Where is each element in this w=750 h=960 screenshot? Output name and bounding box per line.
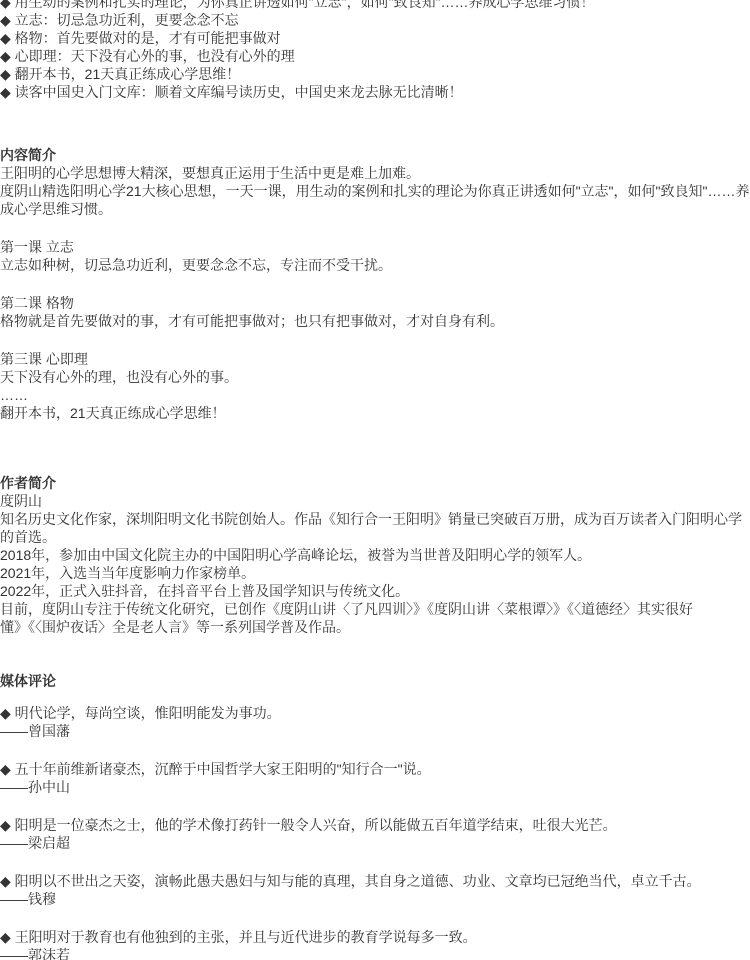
text-line: ◆ 立志：切忌急功近利，更要念念不忘 bbox=[0, 11, 750, 29]
media-quote-2-attribution: ——孙中山 bbox=[0, 778, 750, 796]
author-intro-heading: 作者简介 bbox=[0, 474, 750, 492]
media-quote-4-attribution: ——钱穆 bbox=[0, 890, 750, 908]
media-quote-1: ◆ 明代论学，每尚空谈，惟阳明能发为事功。 ——曾国藩 bbox=[0, 704, 750, 740]
text-line: ◆ 心即理：天下没有心外的事，也没有心外的理 bbox=[0, 47, 750, 65]
text-line: 2021年，入选当当年度影响力作家榜单。 bbox=[0, 564, 750, 582]
text-line: 王阳明的心学思想博大精深，要想真正运用于生活中更是难上加难。 bbox=[0, 164, 750, 182]
text-line: 目前，度阴山专注于传统文化研究，已创作《度阴山讲〈了凡四训〉》《度阴山讲〈菜根谭… bbox=[0, 600, 750, 618]
content-intro-text: 王阳明的心学思想博大精深，要想真正运用于生活中更是难上加难。度阴山精选阳明心学2… bbox=[0, 164, 750, 218]
media-quote-2: ◆ 五十年前维新诸豪杰，沉醉于中国哲学大家王阳明的"知行合一"说。 ——孙中山 bbox=[0, 760, 750, 796]
text-line: 格物就是首先要做对的事，才有可能把事做对；也只有把事做对，才对自身有利。 bbox=[0, 312, 750, 330]
media-quote-4-text: ◆ 阳明以不世出之天姿，演畅此愚夫愚妇与知与能的真理，其自身之道德、功业、文章均… bbox=[0, 872, 750, 890]
lesson-3-text: 天下没有心外的理，也没有心外的事。……翻开本书，21天真正练成心学思维！ bbox=[0, 368, 750, 422]
lesson-2-title: 第二课 格物 bbox=[0, 294, 750, 312]
text-line: 度阴山精选阳明心学21大核心思想，一天一课，用生动的案例和扎实的理论为你真正讲透… bbox=[0, 182, 750, 200]
text-line: ◆ 格物：首先要做对的是，才有可能把事做对 bbox=[0, 29, 750, 47]
text-line: 成心学思维习惯。 bbox=[0, 200, 750, 218]
lesson-3-block: 第三课 心即理 天下没有心外的理，也没有心外的事。……翻开本书，21天真正练成心… bbox=[0, 350, 750, 422]
text-line: 立志如种树，切忌急功近利，更要念念不忘，专注而不受干扰。 bbox=[0, 256, 750, 274]
lesson-1-text: 立志如种树，切忌急功近利，更要念念不忘，专注而不受干扰。 bbox=[0, 256, 750, 274]
media-reviews-section: 媒体评论 ◆ 明代论学，每尚空谈，惟阳明能发为事功。 ——曾国藩 ◆ 五十年前维… bbox=[0, 672, 750, 960]
text-line: 的首选。 bbox=[0, 528, 750, 546]
media-quote-3: ◆ 阳明是一位豪杰之士，他的学术像打药针一般令人兴奋，所以能做五百年道学结束，吐… bbox=[0, 816, 750, 852]
feature-bullet-list: ◆ 用生动的案例和扎实的理论，为你真正讲透如何"立志"，如何"致良知"……养成心… bbox=[0, 0, 750, 101]
author-intro-section: 作者简介 度阴山知名历史文化作家，深圳阳明文化书院创始人。作品《知行合一王阳明》… bbox=[0, 474, 750, 636]
lesson-3-title: 第三课 心即理 bbox=[0, 350, 750, 368]
text-line: ◆ 翻开本书，21天真正练成心学思维！ bbox=[0, 65, 750, 83]
media-quote-3-attribution: ——梁启超 bbox=[0, 834, 750, 852]
media-quote-4: ◆ 阳明以不世出之天姿，演畅此愚夫愚妇与知与能的真理，其自身之道德、功业、文章均… bbox=[0, 872, 750, 908]
text-line: 翻开本书，21天真正练成心学思维！ bbox=[0, 404, 750, 422]
text-line: 天下没有心外的理，也没有心外的事。 bbox=[0, 368, 750, 386]
text-line: ◆ 读客中国史入门文库：顺着文库编号读历史，中国史来龙去脉无比清晰！ bbox=[0, 83, 750, 101]
media-quote-1-text: ◆ 明代论学，每尚空谈，惟阳明能发为事功。 bbox=[0, 704, 750, 722]
content-intro-heading: 内容简介 bbox=[0, 146, 750, 164]
media-quote-list: ◆ 明代论学，每尚空谈，惟阳明能发为事功。 ——曾国藩 ◆ 五十年前维新诸豪杰，… bbox=[0, 704, 750, 960]
media-reviews-heading: 媒体评论 bbox=[0, 672, 750, 690]
author-intro-text: 度阴山知名历史文化作家，深圳阳明文化书院创始人。作品《知行合一王阳明》销量已突破… bbox=[0, 492, 750, 636]
media-quote-1-attribution: ——曾国藩 bbox=[0, 722, 750, 740]
lesson-1-title: 第一课 立志 bbox=[0, 238, 750, 256]
text-line: 度阴山 bbox=[0, 492, 750, 510]
media-quote-5: ◆ 王阳明对于教育也有他独到的主张，并且与近代进步的教育学说每多一致。 ——郭沫… bbox=[0, 928, 750, 960]
media-quote-5-text: ◆ 王阳明对于教育也有他独到的主张，并且与近代进步的教育学说每多一致。 bbox=[0, 928, 750, 946]
content-intro-section: 内容简介 王阳明的心学思想博大精深，要想真正运用于生活中更是难上加难。度阴山精选… bbox=[0, 146, 750, 218]
lesson-2-block: 第二课 格物 格物就是首先要做对的事，才有可能把事做对；也只有把事做对，才对自身… bbox=[0, 294, 750, 330]
text-line: 2022年，正式入驻抖音，在抖音平台上普及国学知识与传统文化。 bbox=[0, 582, 750, 600]
text-line: 知名历史文化作家，深圳阳明文化书院创始人。作品《知行合一王阳明》销量已突破百万册… bbox=[0, 510, 750, 528]
text-line: ◆ 用生动的案例和扎实的理论，为你真正讲透如何"立志"，如何"致良知"……养成心… bbox=[0, 0, 750, 11]
lesson-1-block: 第一课 立志 立志如种树，切忌急功近利，更要念念不忘，专注而不受干扰。 bbox=[0, 238, 750, 274]
media-quote-5-attribution: ——郭沫若 bbox=[0, 946, 750, 960]
text-line: 2018年，参加由中国文化院主办的中国阳明心学高峰论坛，被誉为当世普及阳明心学的… bbox=[0, 546, 750, 564]
media-quote-3-text: ◆ 阳明是一位豪杰之士，他的学术像打药针一般令人兴奋，所以能做五百年道学结束，吐… bbox=[0, 816, 750, 834]
lesson-2-text: 格物就是首先要做对的事，才有可能把事做对；也只有把事做对，才对自身有利。 bbox=[0, 312, 750, 330]
text-line: 懂》《〈围炉夜话〉全是老人言》等一系列国学普及作品。 bbox=[0, 618, 750, 636]
text-line: …… bbox=[0, 386, 750, 404]
media-quote-2-text: ◆ 五十年前维新诸豪杰，沉醉于中国哲学大家王阳明的"知行合一"说。 bbox=[0, 760, 750, 778]
